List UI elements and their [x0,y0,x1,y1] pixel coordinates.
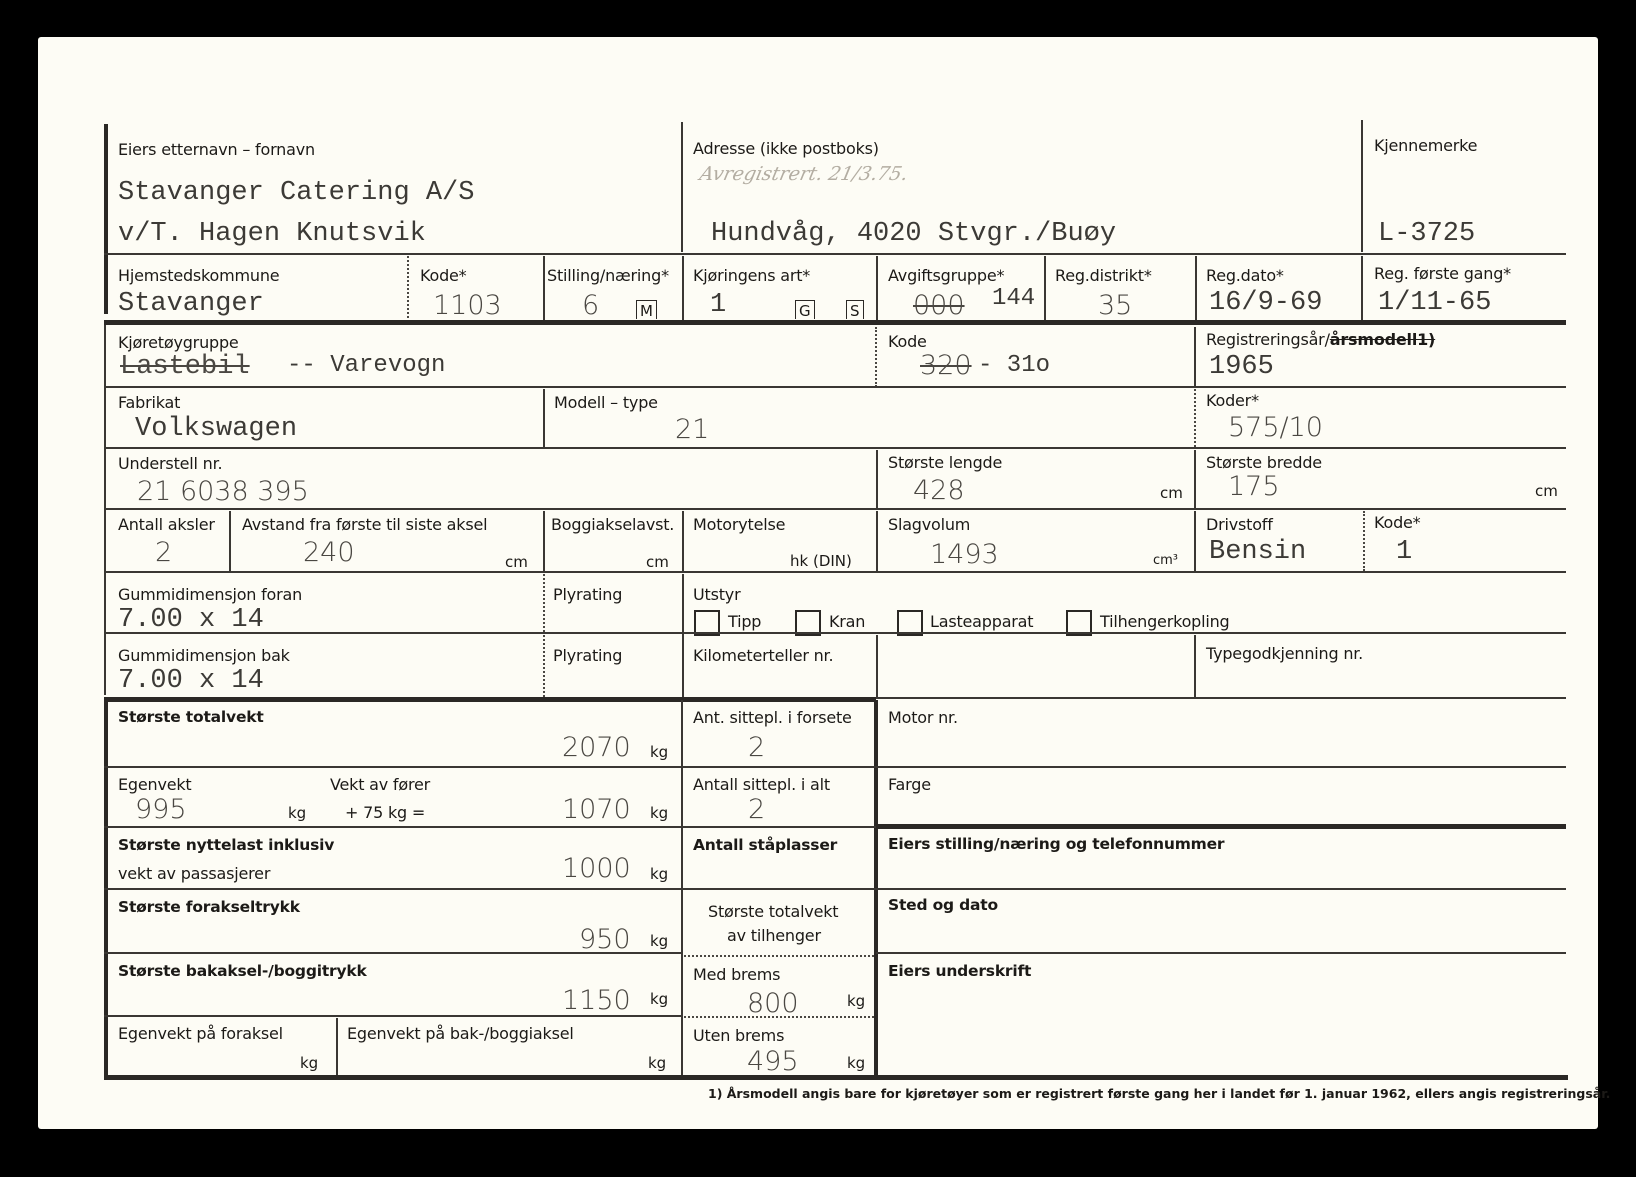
row-divider [876,697,1566,699]
dotted-divider [543,635,545,697]
divider [1194,327,1196,387]
total-weight-unit: kg [650,743,668,761]
reg-district-value: 35 [1098,290,1132,321]
curb-weight-label: Egenvekt [118,775,192,794]
chassis-value: 21 6038 395 [137,476,309,507]
front-axle-load-unit: kg [650,932,668,950]
total-weight-label: Største totalvekt [118,708,264,726]
reg-year-label-struck: årsmodell1) [1330,330,1435,349]
divider-address-plate [1361,120,1363,252]
rear-tyre-label: Gummidimensjon bak [118,646,290,665]
row-divider [104,632,1566,634]
municipality-code-label: Kode* [420,266,467,285]
seats-front-value: 2 [748,732,765,763]
width-label: Største bredde [1206,453,1322,472]
front-tyre-value: 7.00 x 14 [118,605,264,635]
occupation-label: Stilling/næring* [547,266,669,285]
divider [229,511,231,571]
dotted-divider [875,327,877,387]
divider [876,511,878,571]
standing-places-label: Antall ståplasser [693,836,837,854]
displacement-label: Slagvolum [888,515,970,534]
vehicle-group-value: -- Varevogn [287,352,445,379]
trailer-unbraked-unit: kg [847,1054,865,1072]
width-value: 175 [1228,471,1280,502]
divider-owner-address [681,122,683,252]
reg-year-value: 1965 [1209,352,1274,382]
fuel-value: Bensin [1209,537,1306,567]
displacement-unit: cm³ [1153,553,1178,568]
divider [1361,256,1363,322]
vehicle-group-code-label: Kode [888,332,927,351]
axle-count-label: Antall aksler [118,515,215,534]
front-tyre-label: Gummidimensjon foran [118,585,302,604]
trailer-weight-label-line2: av tilhenger [727,926,821,945]
owner-occupation-phone-label: Eiers stilling/næring og telefonnummer [888,835,1224,853]
equipment-label: Utstyr [693,585,740,604]
row-divider [104,253,1566,255]
curb-weight-value: 995 [135,794,187,825]
left-border-bottom [104,700,108,1080]
checkbox-kran-label: Kran [829,612,865,631]
codes-value: 575/10 [1228,412,1323,443]
engine-power-unit: hk (DIN) [790,552,852,570]
divider [543,256,545,322]
make-value: Volkswagen [135,414,297,444]
curb-weight-unit: kg [288,804,306,822]
axle-distance-value: 240 [303,537,355,568]
vehicle-group-code-struck: 320 [920,350,972,381]
row-divider [104,447,1566,449]
driving-type-value: 1 [710,290,726,320]
chassis-label: Understell nr. [118,454,222,473]
fuel-code-value: 1 [1396,537,1412,567]
row-divider [104,571,1566,573]
axle-distance-label: Avstand fra første til siste aksel [242,515,487,534]
reg-district-label: Reg.distrikt* [1055,266,1152,285]
front-axle-load-value: 950 [579,924,631,955]
reg-date-label: Reg.dato* [1206,266,1284,285]
dotted-row-divider [684,1016,874,1018]
model-value: 21 [675,414,709,445]
front-axle-load-label: Største forakseltrykk [118,898,300,916]
reg-year-label-text: Registreringsår/ [1206,330,1330,349]
engine-number-label: Motor nr. [888,708,958,727]
address-value: Hundvåg, 4020 Stvgr./Buøy [711,219,1116,249]
seats-total-label: Antall sittepl. i alt [693,775,830,794]
length-label: Største lengde [888,453,1002,472]
occupation-value: 6 [582,290,599,321]
municipality-label: Hjemstedskommune [118,266,279,285]
first-reg-label: Reg. første gang* [1374,264,1511,283]
divider [682,574,684,698]
divider [682,511,684,571]
municipality-value: Stavanger [118,289,264,319]
divider [1194,450,1196,508]
municipality-code-value: 1103 [433,290,502,321]
checkbox-lasteapparat-label: Lasteapparat [930,612,1033,631]
divider [1195,256,1197,322]
fee-group-label: Avgiftsgruppe* [888,266,1004,285]
footnote: 1) Årsmodell angis bare for kjøretøyer s… [708,1086,1610,1101]
divider [682,256,684,322]
owner-signature-label: Eiers underskrift [888,962,1031,980]
length-value: 428 [913,475,965,506]
curb-front-axle-unit: kg [300,1054,318,1072]
address-label: Adresse (ikke postboks) [693,139,879,158]
vehicle-group-code-value: - 31o [978,352,1050,379]
row-divider [876,952,1566,954]
divider [543,511,545,571]
owner-name-line2: v/T. Hagen Knutsvik [118,219,426,249]
dotted-divider [543,574,545,632]
engine-power-label: Motorytelse [693,515,785,534]
driving-type-box-s: S [846,300,864,319]
row-divider [104,826,876,828]
rear-tyre-value: 7.00 x 14 [118,666,264,696]
divider [1194,511,1196,571]
divider [543,389,545,447]
fuel-code-label: Kode* [1374,513,1421,532]
model-label: Modell – type [554,393,658,412]
trailer-unbraked-label: Uten brems [693,1026,784,1045]
occupation-box-m: M [636,300,657,319]
trailer-braked-unit: kg [847,992,865,1010]
displacement-value: 1493 [930,539,999,570]
divider [876,450,878,508]
rear-plyrating-label: Plyrating [553,646,622,665]
reg-year-label: Registreringsår/årsmodell1) [1206,330,1435,349]
rear-axle-load-unit: kg [650,990,668,1008]
curb-plus-driver-value: 1070 [562,794,631,825]
curb-rear-axle-unit: kg [648,1054,666,1072]
registration-mark-label: Kjennemerke [1374,136,1477,155]
bottom-border [104,1075,1568,1080]
payload-label-line2: vekt av passasjerer [118,864,270,883]
trailer-unbraked-value: 495 [747,1046,799,1077]
dotted-divider [1363,511,1365,571]
vehicle-group-struck: Lastebil [120,352,250,382]
width-unit: cm [1535,482,1558,500]
driving-type-label: Kjøringens art* [693,266,810,285]
axle-distance-unit: cm [505,553,528,571]
thick-row-divider [104,320,1566,325]
trailer-weight-label-line1: Største totalvekt [708,902,838,921]
trailer-braked-label: Med brems [693,965,780,984]
curb-front-axle-label: Egenvekt på foraksel [118,1024,283,1043]
rear-axle-load-value: 1150 [562,985,631,1016]
left-border [104,325,106,695]
owner-name-line1: Stavanger Catering A/S [118,178,474,208]
row-divider [104,766,1566,768]
payload-label-line1: Største nyttelast inklusiv [118,836,334,854]
front-plyrating-label: Plyrating [553,585,622,604]
length-unit: cm [1160,484,1183,502]
place-date-label: Sted og dato [888,896,998,914]
bogie-distance-label: Boggiakselavst. [551,515,674,534]
fuel-label: Drivstoff [1206,515,1273,534]
checkbox-tilhengerkopling-label: Tilhengerkopling [1100,612,1230,631]
total-weight-value: 2070 [562,732,631,763]
curb-plus-driver-unit: kg [650,804,668,822]
owner-label: Eiers etternavn – fornavn [118,140,315,159]
row-divider [104,888,1566,890]
odometer-label: Kilometerteller nr. [693,646,833,665]
row-divider [104,386,1566,388]
driving-type-box-g: G [795,300,815,319]
seats-front-label: Ant. sittepl. i forsete [693,708,852,727]
bogie-distance-unit: cm [646,553,669,571]
registration-mark-value: L-3725 [1378,219,1475,249]
fee-group-value: 144 [992,285,1035,312]
curb-rear-axle-label: Egenvekt på bak-/boggiaksel [347,1024,574,1043]
row-divider [104,508,1566,510]
first-reg-value: 1/11-65 [1378,288,1491,318]
row-divider [104,952,682,954]
seats-total-value: 2 [748,794,765,825]
row-divider [104,1015,682,1017]
checkbox-tipp-label: Tipp [728,612,761,631]
dotted-row-divider [684,955,874,957]
vehicle-group-label: Kjøretøygruppe [118,333,239,352]
payload-unit: kg [650,865,668,883]
left-border-top [104,124,108,314]
driver-weight-formula: + 75 kg = [345,803,425,822]
rear-axle-load-label: Største bakaksel-/boggitrykk [118,962,367,980]
reg-date-value: 16/9-69 [1209,288,1322,318]
type-approval-label: Typegodkjenning nr. [1206,644,1363,663]
colour-label: Farge [888,775,931,794]
fee-group-struck: 000 [913,290,965,321]
dotted-divider [1194,389,1196,447]
driver-weight-label: Vekt av fører [330,775,430,794]
thick-row-divider [104,697,876,702]
payload-value: 1000 [562,853,631,884]
make-label: Fabrikat [118,393,180,412]
axle-count-value: 2 [155,537,172,568]
codes-label: Koder* [1206,391,1259,410]
address-handwritten-note: Avregistrert. 21/3.75. [698,163,910,185]
divider [336,1018,338,1078]
divider [1044,256,1046,322]
dotted-divider [407,256,409,322]
thick-row-divider [876,824,1566,829]
divider [876,256,878,322]
divider [876,635,878,697]
divider [1194,635,1196,697]
trailer-braked-value: 800 [747,988,799,1019]
